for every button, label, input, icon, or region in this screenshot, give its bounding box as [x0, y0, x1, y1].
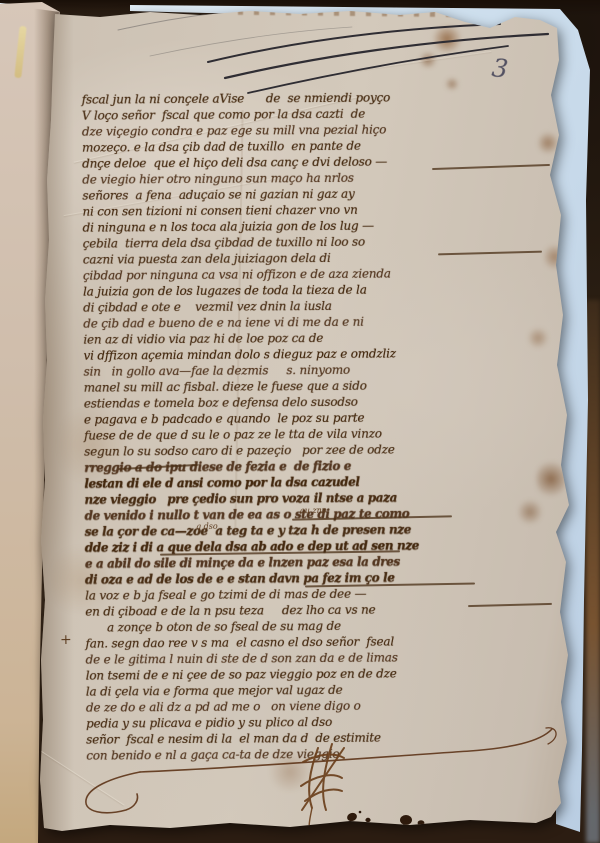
paper-crease — [333, 51, 492, 74]
interlinear-insert: q dso — [196, 522, 218, 531]
ink-bleed-spot — [39, 204, 43, 209]
page-number: 3 — [490, 53, 509, 84]
ink-bleed-spot — [30, 520, 34, 525]
top-edge-dirt — [238, 9, 473, 17]
interlinear-insert: + — [60, 632, 72, 648]
ink-bleed-spot — [37, 238, 40, 242]
photo-scene: 3 fscal jun la ni conçele aVise de se nm… — [0, 0, 600, 843]
ink-bleed-spot — [26, 584, 40, 610]
ink-bleed-spot — [35, 338, 38, 341]
manuscript-page: 3 fscal jun la ni conçele aVise de se nm… — [0, 0, 600, 843]
manuscript-text: fscal jun la ni conçele aVise de se nmie… — [82, 88, 565, 763]
ink-bleed-spot — [33, 420, 37, 424]
manuscript-line: con benido e nl a gaça ca-ta de dze vieg… — [86, 744, 564, 763]
stain — [430, 26, 464, 52]
top-flourish-strokes — [118, 6, 548, 93]
interlinear-insert: au zno — [300, 506, 327, 515]
ink-bleed-spot — [32, 700, 35, 704]
ink-dots — [346, 811, 424, 826]
ink-bleed-spot — [27, 640, 31, 644]
